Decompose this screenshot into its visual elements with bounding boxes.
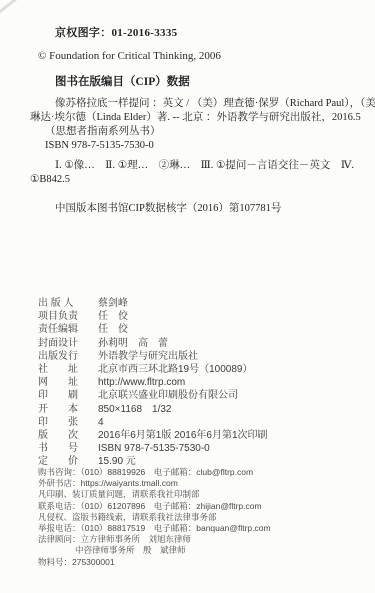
publication-value: 任 佼 <box>98 310 128 323</box>
contact-line-piracy-note: 凡侵权、盗版书籍线索，请联系我社法律事务部 <box>38 512 271 523</box>
publication-label: 社 址 <box>38 363 88 376</box>
contact-line-quality-phone: 联系电话：（010）61207896 电子邮箱：zhijian@fltrp.co… <box>38 501 271 512</box>
cip-series: （思想者指南系列丛书） <box>30 125 374 139</box>
contact-info-block: 购书咨询：（010）88819926 电子邮箱：club@fltrp.com 外… <box>38 467 271 568</box>
publication-value: 蔡剑峰 <box>98 297 128 310</box>
publication-row-address: 社 址 北京市西三环北路19号（100089） <box>38 363 268 376</box>
cip-record-number: 中国版本图书馆CIP数据核字（2016）第107781号 <box>55 200 281 215</box>
publication-value: 850×1168 1/32 <box>98 403 172 416</box>
publication-label: 版 次 <box>38 429 88 442</box>
publication-value: 2016年6月第1版 2016年6月第1次印刷 <box>98 429 268 442</box>
cip-heading: 图书在版编目（CIP）数据 <box>55 73 190 89</box>
publication-value: 北京市西三环北路19号（100089） <box>98 363 253 376</box>
contact-line-print-quality-note: 凡印刷、装订质量问题，请联系我社印制部 <box>38 489 271 500</box>
publication-label: 印 张 <box>38 416 88 429</box>
material-number: 物料号：275300001 <box>38 557 271 568</box>
publication-value: 外语教学与研究出版社 <box>98 350 198 363</box>
publication-row-format: 开 本 850×1168 1/32 <box>38 403 268 416</box>
publication-row-website: 网 址 http://www.fltrp.com <box>38 376 268 389</box>
cip-class-line2: ①B842.5 <box>30 173 374 187</box>
contact-line-purchase: 购书咨询：（010）88819926 电子邮箱：club@fltrp.com <box>38 467 271 478</box>
publication-row-cover-design: 封面设计 孙莉明 高 蕾 <box>38 337 268 350</box>
publication-row-sheets: 印 张 4 <box>38 416 268 429</box>
publication-value: 4 <box>98 416 104 429</box>
publication-label: 出 版 人 <box>38 297 88 310</box>
publication-label: 开 本 <box>38 403 88 416</box>
cip-class-line1: Ⅰ. ①像… Ⅱ. ①理… ②琳… Ⅲ. ①提问－言语交往－英文 Ⅳ. <box>30 159 374 173</box>
publication-row-project-lead: 项目负责 任 佼 <box>38 310 268 323</box>
publication-row-editor: 责任编辑 任 佼 <box>38 323 268 336</box>
publication-label: 项目负责 <box>38 310 88 323</box>
publication-row-edition: 版 次 2016年6月第1版 2016年6月第1次印刷 <box>38 429 268 442</box>
cip-entry: 像苏格拉底一样提问 ：英文 / （美）理查德·保罗（Richard Paul），… <box>30 97 374 153</box>
publication-value: http://www.fltrp.com <box>98 376 185 389</box>
cip-entry-line2: 琳达·埃尔德（Linda Elder）著. -- 北京 ：外语教学与研究出版社，… <box>30 111 374 125</box>
publication-value: 孙莉明 高 蕾 <box>98 337 168 350</box>
publication-label: 责任编辑 <box>38 323 88 336</box>
contact-line-legal-counsel-1: 法律顾问：立方律师事务所 刘旭东律师 <box>38 534 271 545</box>
publication-value: 任 佼 <box>98 323 128 336</box>
publication-label: 网 址 <box>38 376 88 389</box>
cip-classification: Ⅰ. ①像… Ⅱ. ①理… ②琳… Ⅲ. ①提问－言语交往－英文 Ⅳ. ①B84… <box>30 159 374 187</box>
contact-line-bookstore: 外研书店：https://waiyants.tmall.com <box>38 478 271 489</box>
publication-row-publisher: 出版发行 外语教学与研究出版社 <box>38 350 268 363</box>
publication-row-publisher-person: 出 版 人 蔡剑峰 <box>38 297 268 310</box>
publication-value: ISBN 978-7-5135-7530-0 <box>98 442 210 455</box>
cip-isbn: ISBN 978-7-5135-7530-0 <box>30 139 374 153</box>
publication-row-printer: 印 刷 北京联兴盛业印刷股份有限公司 <box>38 389 268 402</box>
contact-line-legal-counsel-2: 中咨律师事务所 殷 斌律师 <box>38 545 271 556</box>
scan-smudge <box>0 0 22 15</box>
copyright-notice: © Foundation for Critical Thinking, 2006 <box>38 50 221 62</box>
publication-row-isbn: 书 号 ISBN 978-7-5135-7530-0 <box>38 442 268 455</box>
publication-label: 印 刷 <box>38 389 88 402</box>
publication-info-block: 出 版 人 蔡剑峰 项目负责 任 佼 责任编辑 任 佼 封面设计 孙莉明 高 蕾… <box>38 297 268 469</box>
cip-entry-line1: 像苏格拉底一样提问 ：英文 / （美）理查德·保罗（Richard Paul），… <box>30 97 374 111</box>
publication-label: 书 号 <box>38 442 88 455</box>
license-number: 京权图字：01-2016-3335 <box>55 24 177 40</box>
book-copyright-page: 京权图字：01-2016-3335 © Foundation for Criti… <box>0 0 375 593</box>
publication-label: 封面设计 <box>38 337 88 350</box>
publication-label: 出版发行 <box>38 350 88 363</box>
publication-value: 北京联兴盛业印刷股份有限公司 <box>98 389 238 402</box>
contact-line-report-phone: 举报电话：（010）88817519 电子邮箱：banquan@fltrp.co… <box>38 523 271 534</box>
